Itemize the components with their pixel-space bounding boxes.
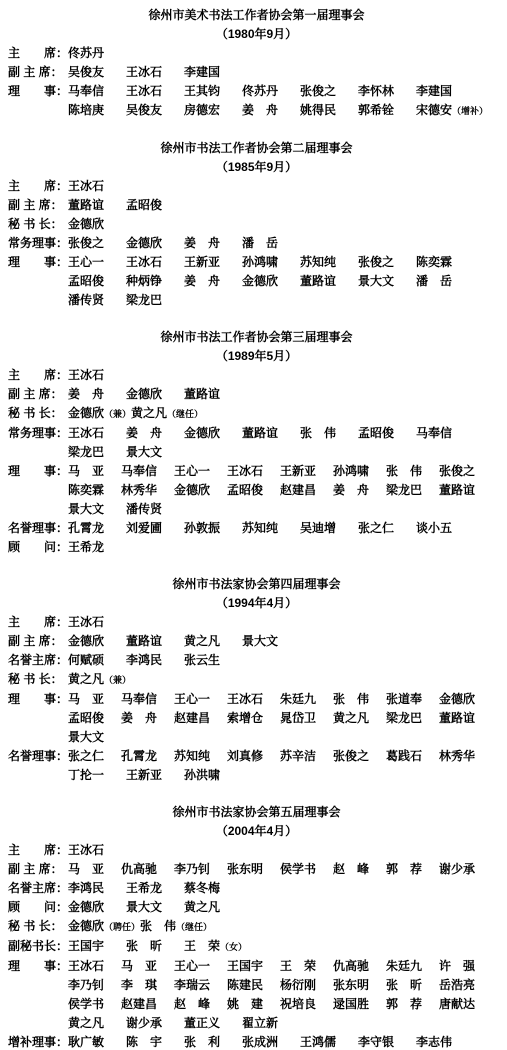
member-row: 主 席：王冰石: [8, 177, 505, 196]
member-name: 金德欣: [68, 215, 126, 234]
section-date: （1994年4月）: [8, 594, 505, 613]
council-section: 徐州市书法工作者协会第三届理事会（1989年5月）主 席：王冰石副 主 席：姜 …: [8, 328, 505, 557]
member-name: 景大文: [126, 443, 184, 462]
member-row: 陈培庚吴俊友房德宏姜 舟姚得民郭希铨宋德安（增补）: [8, 101, 505, 121]
member-name: 索增仓: [227, 709, 280, 728]
member-name: 张俊之: [358, 253, 416, 272]
name-list: 侯学书赵建昌赵 峰姚 建祝培良逯国胜郭 荐唐献达: [68, 995, 492, 1014]
section-date: （2004年4月）: [8, 822, 505, 841]
name-list: 王国宇张 昕王 荣（女）: [68, 937, 247, 957]
member-name: 佟苏丹: [68, 44, 126, 63]
name-list: 孟昭俊姜 舟赵建昌索增仓晁岱卫黄之凡梁龙巴董路谊: [68, 709, 492, 728]
member-name: 王国宇: [227, 957, 280, 976]
name-annotation: （女）: [220, 942, 247, 952]
member-row: 秘 书 长：金德欣（聘任）张 伟（继任）: [8, 917, 505, 937]
member-row: 理 事：王心一王冰石王新亚孙鸿啸苏知纯张俊之陈奕霖: [8, 253, 505, 272]
member-name: 赵 峰: [333, 860, 386, 879]
member-name: 刘真修: [227, 747, 280, 766]
member-row: 景大文: [8, 728, 505, 747]
member-name: 苏知纯: [242, 519, 300, 538]
name-list: 张俊之金德欣姜 舟潘 岳: [68, 234, 300, 253]
role-label: 名誉主席：: [8, 879, 68, 898]
name-list: 孟昭俊种炳铮姜 舟金德欣董路谊景大文潘 岳: [68, 272, 474, 291]
member-name: 孙鸿啸: [242, 253, 300, 272]
member-row: 名誉主席：李鸿民王希龙蔡冬梅: [8, 879, 505, 898]
role-label: 顾 问：: [8, 538, 68, 557]
member-name: 赵建昌: [280, 481, 333, 500]
member-name: 姜 舟: [121, 709, 174, 728]
role-label: 秘 书 长：: [8, 215, 68, 234]
member-name: 侯学书: [68, 995, 121, 1014]
member-name: 张 伟: [386, 462, 439, 481]
member-name: 孔霄龙: [68, 519, 126, 538]
name-list: 张之仁孔霄龙苏知纯刘真修苏辛洁张俊之葛践石林秀华: [68, 747, 492, 766]
member-row: 孟昭俊种炳铮姜 舟金德欣董路谊景大文潘 岳: [8, 272, 505, 291]
name-list: 王冰石姜 舟金德欣董路谊张 伟孟昭俊马奉信: [68, 424, 474, 443]
name-list: 佟苏丹: [68, 44, 126, 63]
member-name: 仇高驰: [333, 957, 386, 976]
member-row: 陈奕霖林秀华金德欣孟昭俊赵建昌姜 舟梁龙巴董路谊: [8, 481, 505, 500]
member-name: 张之仁: [68, 747, 121, 766]
member-name: 苏知纯: [300, 253, 358, 272]
name-list: 王冰石: [68, 177, 126, 196]
member-name: 金德欣: [184, 424, 242, 443]
member-row: 副 主 席：董路谊孟昭俊: [8, 196, 505, 215]
member-row: 主 席：王冰石: [8, 841, 505, 860]
member-row: 理 事：马奉信王冰石王其钧佟苏丹张俊之李怀林李建国: [8, 82, 505, 101]
member-name: 马 亚: [68, 462, 121, 481]
member-name: 吴俊友: [68, 63, 126, 82]
member-name: 谈小五: [416, 519, 474, 538]
member-name: 房德宏: [184, 101, 242, 120]
member-name: 董路谊: [439, 709, 492, 728]
member-name: 朱廷九: [386, 957, 439, 976]
member-name: 赵建昌: [174, 709, 227, 728]
role-label: 名誉理事：: [8, 747, 68, 766]
name-list: 王冰石: [68, 613, 126, 632]
member-name: 金德欣: [242, 272, 300, 291]
member-name: 孙洪啸: [184, 766, 242, 785]
role-label: 主 席：: [8, 613, 68, 632]
member-name: 黄之凡: [68, 1014, 126, 1033]
name-list: 王冰石: [68, 366, 126, 385]
member-name: 黄之凡: [184, 632, 242, 651]
member-name: 孟昭俊: [227, 481, 280, 500]
name-list: 王心一王冰石王新亚孙鸿啸苏知纯张俊之陈奕霖: [68, 253, 474, 272]
member-name: 景大文: [68, 500, 126, 519]
name-list: 王冰石马 亚王心一王国宇王 荣仇高驰朱廷九许 强: [68, 957, 492, 976]
member-row: 秘 书 长：金德欣（兼）黄之凡（继任）: [8, 404, 505, 424]
name-annotation: （继任）: [176, 922, 212, 932]
member-row: 主 席：王冰石: [8, 613, 505, 632]
role-label: 常务理事：: [8, 234, 68, 253]
name-annotation: （兼）: [104, 409, 131, 419]
name-list: 马 亚马奉信王心一王冰石朱廷九张 伟张道奉金德欣: [68, 690, 492, 709]
member-name: 丁抡一: [68, 766, 126, 785]
member-name: 祝培良: [280, 995, 333, 1014]
member-name: 郭希铨: [358, 101, 416, 120]
role-label: 理 事：: [8, 253, 68, 272]
member-name: 谢少承: [126, 1014, 184, 1033]
member-name: 朱廷九: [280, 690, 333, 709]
member-name: 姜 舟: [184, 272, 242, 291]
member-name: 姜 舟: [68, 385, 126, 404]
member-name: 王心一: [174, 957, 227, 976]
member-name: 李鸿民: [68, 879, 126, 898]
member-name: 王冰石: [68, 366, 126, 385]
member-name: 李怀林: [358, 82, 416, 101]
member-name: 董路谊: [68, 196, 126, 215]
member-name: 张 伟（继任）: [140, 917, 212, 937]
member-row: 景大文潘传贤: [8, 500, 505, 519]
role-label: 副 主 席：: [8, 632, 68, 651]
member-name: 王心一: [174, 462, 227, 481]
member-name: 王其钧: [184, 82, 242, 101]
member-name: 潘 岳: [242, 234, 300, 253]
name-list: 丁抡一王新亚孙洪啸: [68, 766, 242, 785]
member-name: 景大文: [242, 632, 300, 651]
member-name: 金德欣: [68, 632, 126, 651]
role-label: 理 事：: [8, 82, 68, 101]
name-list: 陈培庚吴俊友房德宏姜 舟姚得民郭希铨宋德安（增补）: [68, 101, 488, 121]
member-name: 王新亚: [126, 766, 184, 785]
member-name: 王新亚: [184, 253, 242, 272]
council-section: 徐州市书法工作者协会第二届理事会（1985年9月）主 席：王冰石副 主 席：董路…: [8, 139, 505, 310]
member-row: 副 主 席：马 亚仇高驰李乃钊张东明侯学书赵 峰郭 荐谢少承: [8, 860, 505, 879]
member-name: 李鸿民: [126, 651, 184, 670]
member-name: 王冰石: [68, 424, 126, 443]
member-name: 赵 峰: [174, 995, 227, 1014]
member-name: 王冰石: [227, 690, 280, 709]
member-name: 黄之凡（兼）: [68, 670, 131, 690]
member-name: 张 昕: [126, 937, 184, 956]
member-row: 侯学书赵建昌赵 峰姚 建祝培良逯国胜郭 荐唐献达: [8, 995, 505, 1014]
name-list: 王冰石: [68, 841, 126, 860]
section-title: 徐州市美术书法工作者协会第一届理事会: [8, 6, 505, 25]
member-name: 孟昭俊: [68, 272, 126, 291]
member-row: 秘 书 长：黄之凡（兼）: [8, 670, 505, 690]
member-name: 景大文: [358, 272, 416, 291]
name-list: 景大文潘传贤: [68, 500, 184, 519]
name-list: 陈奕霖林秀华金德欣孟昭俊赵建昌姜 舟梁龙巴董路谊: [68, 481, 492, 500]
member-name: 李志伟: [416, 1033, 474, 1050]
role-label: 秘 书 长：: [8, 404, 68, 423]
name-list: 金德欣景大文黄之凡: [68, 898, 242, 917]
member-row: 名誉理事：孔霄龙刘爱圃孙敦振苏知纯吴迪增张之仁谈小五: [8, 519, 505, 538]
member-name: 王冰石: [126, 63, 184, 82]
member-name: 陈建民: [227, 976, 280, 995]
member-name: 王冰石: [126, 82, 184, 101]
role-label: 名誉理事：: [8, 519, 68, 538]
member-name: 仇高驰: [121, 860, 174, 879]
member-row: 名誉主席：何赋硕李鸿民张云生: [8, 651, 505, 670]
member-name: 董路谊: [184, 385, 242, 404]
member-name: 马 亚: [68, 860, 121, 879]
member-name: 马 亚: [68, 690, 121, 709]
member-name: 姚得民: [300, 101, 358, 120]
name-list: 金德欣董路谊黄之凡景大文: [68, 632, 300, 651]
member-row: 理 事：马 亚马奉信王心一王冰石朱廷九张 伟张道奉金德欣: [8, 690, 505, 709]
role-label: 理 事：: [8, 462, 68, 481]
member-name: 林秀华: [121, 481, 174, 500]
role-label: 副 主 席：: [8, 63, 68, 82]
member-name: 董路谊: [242, 424, 300, 443]
role-label: 顾 问：: [8, 898, 68, 917]
member-name: 金德欣: [439, 690, 492, 709]
member-name: 陈奕霖: [416, 253, 474, 272]
member-name: 耿广敏: [68, 1033, 126, 1050]
member-name: 王新亚: [280, 462, 333, 481]
role-label: 主 席：: [8, 841, 68, 860]
member-name: 李乃钊: [174, 860, 227, 879]
member-name: 梁龙巴: [386, 481, 439, 500]
name-list: 姜 舟金德欣董路谊: [68, 385, 242, 404]
member-name: 王鸿儒: [300, 1033, 358, 1050]
name-list: 李乃钊李 琪李瑞云陈建民杨衍刚张东明张 昕岳浩亮: [68, 976, 492, 995]
member-row: 名誉理事：张之仁孔霄龙苏知纯刘真修苏辛洁张俊之葛践石林秀华: [8, 747, 505, 766]
member-name: 种炳铮: [126, 272, 184, 291]
member-name: 金德欣: [126, 234, 184, 253]
member-name: 张东明: [227, 860, 280, 879]
section-title: 徐州市书法家协会第四届理事会: [8, 575, 505, 594]
member-name: 马 亚: [121, 957, 174, 976]
member-row: 顾 问：王希龙: [8, 538, 505, 557]
member-name: 董路谊: [126, 632, 184, 651]
member-name: 黄之凡（继任）: [131, 404, 203, 424]
member-name: 金德欣: [126, 385, 184, 404]
member-row: 丁抡一王新亚孙洪啸: [8, 766, 505, 785]
role-label: 秘 书 长：: [8, 670, 68, 689]
section-title: 徐州市书法工作者协会第三届理事会: [8, 328, 505, 347]
section-title: 徐州市书法家协会第五届理事会: [8, 803, 505, 822]
document: 徐州市美术书法工作者协会第一届理事会（1980年9月）主 席：佟苏丹副 主 席：…: [0, 0, 507, 1050]
member-name: 孟昭俊: [68, 709, 121, 728]
name-list: 金德欣（兼）黄之凡（继任）: [68, 404, 203, 424]
member-name: 姜 舟: [126, 424, 184, 443]
member-name: 梁龙巴: [126, 291, 184, 310]
council-section: 徐州市书法家协会第四届理事会（1994年4月）主 席：王冰石副 主 席：金德欣董…: [8, 575, 505, 785]
name-list: 黄之凡（兼）: [68, 670, 131, 690]
role-label: 主 席：: [8, 366, 68, 385]
member-name: 葛践石: [386, 747, 439, 766]
role-label: 主 席：: [8, 177, 68, 196]
member-row: 顾 问：金德欣景大文黄之凡: [8, 898, 505, 917]
member-name: 王心一: [68, 253, 126, 272]
name-list: 金德欣: [68, 215, 126, 234]
member-name: 王 荣: [280, 957, 333, 976]
section-title: 徐州市书法工作者协会第二届理事会: [8, 139, 505, 158]
name-list: 金德欣（聘任）张 伟（继任）: [68, 917, 212, 937]
member-name: 陈培庚: [68, 101, 126, 120]
member-name: 张道奉: [386, 690, 439, 709]
member-name: 李建国: [184, 63, 242, 82]
member-name: 金德欣（兼）: [68, 404, 131, 424]
section-date: （1985年9月）: [8, 158, 505, 177]
member-name: 何赋硕: [68, 651, 126, 670]
name-list: 何赋硕李鸿民张云生: [68, 651, 242, 670]
member-name: 黄之凡: [333, 709, 386, 728]
member-name: 苏知纯: [174, 747, 227, 766]
member-name: 王冰石: [68, 841, 126, 860]
name-list: 马 亚马奉信王心一王冰石王新亚孙鸿啸张 伟张俊之: [68, 462, 492, 481]
member-name: 许 强: [439, 957, 492, 976]
name-list: 孔霄龙刘爱圃孙敦振苏知纯吴迪增张之仁谈小五: [68, 519, 474, 538]
member-name: 张 伟: [333, 690, 386, 709]
member-row: 增补理事：耿广敏陈 宇张 利张成洲王鸿儒李守银李志伟: [8, 1033, 505, 1050]
member-row: 主 席：王冰石: [8, 366, 505, 385]
role-label: 名誉主席：: [8, 651, 68, 670]
role-label: 副 主 席：: [8, 860, 68, 879]
member-name: 宋德安（增补）: [416, 101, 488, 121]
member-row: 黄之凡谢少承董正义翟立新: [8, 1014, 505, 1033]
member-name: 王冰石: [227, 462, 280, 481]
member-name: 翟立新: [242, 1014, 300, 1033]
member-name: 林秀华: [439, 747, 492, 766]
member-name: 刘爱圃: [126, 519, 184, 538]
name-list: 梁龙巴景大文: [68, 443, 184, 462]
member-name: 张俊之: [300, 82, 358, 101]
member-name: 郭 荐: [386, 860, 439, 879]
member-name: 马奉信: [416, 424, 474, 443]
member-name: 张 利: [184, 1033, 242, 1050]
role-label: 增补理事：: [8, 1033, 68, 1050]
member-name: 李乃钊: [68, 976, 121, 995]
member-name: 孙敦振: [184, 519, 242, 538]
name-list: 马奉信王冰石王其钧佟苏丹张俊之李怀林李建国: [68, 82, 474, 101]
role-label: 副秘书长：: [8, 937, 68, 956]
member-name: 李守银: [358, 1033, 416, 1050]
name-annotation: （兼）: [104, 675, 131, 685]
name-list: 吴俊友王冰石李建国: [68, 63, 242, 82]
council-section: 徐州市书法家协会第五届理事会（2004年4月）主 席：王冰石副 主 席：马 亚仇…: [8, 803, 505, 1050]
member-name: 逯国胜: [333, 995, 386, 1014]
name-list: 马 亚仇高驰李乃钊张东明侯学书赵 峰郭 荐谢少承: [68, 860, 492, 879]
member-name: 梁龙巴: [386, 709, 439, 728]
member-name: 马奉信: [68, 82, 126, 101]
member-name: 姜 舟: [333, 481, 386, 500]
member-name: 李建国: [416, 82, 474, 101]
member-row: 梁龙巴景大文: [8, 443, 505, 462]
member-name: 潘 岳: [416, 272, 474, 291]
section-date: （1980年9月）: [8, 25, 505, 44]
member-name: 潘传贤: [126, 500, 184, 519]
role-label: 理 事：: [8, 690, 68, 709]
member-name: 侯学书: [280, 860, 333, 879]
name-list: 黄之凡谢少承董正义翟立新: [68, 1014, 300, 1033]
member-name: 王希龙: [68, 538, 126, 557]
member-name: 李 琪: [121, 976, 174, 995]
member-name: 苏辛洁: [280, 747, 333, 766]
role-label: 副 主 席：: [8, 385, 68, 404]
member-name: 金德欣: [174, 481, 227, 500]
member-name: 陈 宇: [126, 1033, 184, 1050]
member-name: 张俊之: [333, 747, 386, 766]
member-name: 金德欣（聘任）: [68, 917, 140, 937]
member-name: 王心一: [174, 690, 227, 709]
member-name: 岳浩亮: [439, 976, 492, 995]
name-list: 景大文: [68, 728, 126, 747]
member-row: 常务理事：张俊之金德欣姜 舟潘 岳: [8, 234, 505, 253]
member-name: 孔霄龙: [121, 747, 174, 766]
member-name: 王 荣（女）: [184, 937, 247, 957]
member-name: 谢少承: [439, 860, 492, 879]
member-row: 李乃钊李 琪李瑞云陈建民杨衍刚张东明张 昕岳浩亮: [8, 976, 505, 995]
member-name: 孟昭俊: [358, 424, 416, 443]
name-annotation: （增补）: [452, 106, 488, 116]
role-label: 秘 书 长：: [8, 917, 68, 936]
name-list: 董路谊孟昭俊: [68, 196, 184, 215]
member-name: 张云生: [184, 651, 242, 670]
name-annotation: （继任）: [167, 409, 203, 419]
name-list: 潘传贤梁龙巴: [68, 291, 184, 310]
member-name: 张俊之: [68, 234, 126, 253]
member-name: 姜 舟: [242, 101, 300, 120]
member-name: 董路谊: [300, 272, 358, 291]
member-name: 李瑞云: [174, 976, 227, 995]
member-name: 王冰石: [68, 177, 126, 196]
member-name: 佟苏丹: [242, 82, 300, 101]
member-row: 理 事：王冰石马 亚王心一王国宇王 荣仇高驰朱廷九许 强: [8, 957, 505, 976]
member-name: 吴俊友: [126, 101, 184, 120]
council-section: 徐州市美术书法工作者协会第一届理事会（1980年9月）主 席：佟苏丹副 主 席：…: [8, 6, 505, 121]
member-name: 金德欣: [68, 898, 126, 917]
member-name: 黄之凡: [184, 898, 242, 917]
role-label: 主 席：: [8, 44, 68, 63]
member-name: 马奉信: [121, 690, 174, 709]
member-name: 王国宇: [68, 937, 126, 956]
member-name: 王冰石: [68, 957, 121, 976]
member-name: 董正义: [184, 1014, 242, 1033]
member-name: 蔡冬梅: [184, 879, 242, 898]
member-name: 张之仁: [358, 519, 416, 538]
member-row: 副 主 席：吴俊友王冰石李建国: [8, 63, 505, 82]
member-name: 晁岱卫: [280, 709, 333, 728]
member-name: 王希龙: [126, 879, 184, 898]
member-name: 潘传贤: [68, 291, 126, 310]
member-name: 陈奕霖: [68, 481, 121, 500]
member-name: 杨衍刚: [280, 976, 333, 995]
member-name: 张 伟: [300, 424, 358, 443]
member-name: 张 昕: [386, 976, 439, 995]
member-name: 吴迪增: [300, 519, 358, 538]
member-name: 张东明: [333, 976, 386, 995]
member-name: 王冰石: [68, 613, 126, 632]
member-row: 孟昭俊姜 舟赵建昌索增仓晁岱卫黄之凡梁龙巴董路谊: [8, 709, 505, 728]
member-name: 景大文: [126, 898, 184, 917]
name-list: 耿广敏陈 宇张 利张成洲王鸿儒李守银李志伟: [68, 1033, 474, 1050]
member-name: 张成洲: [242, 1033, 300, 1050]
member-row: 理 事：马 亚马奉信王心一王冰石王新亚孙鸿啸张 伟张俊之: [8, 462, 505, 481]
member-row: 常务理事：王冰石姜 舟金德欣董路谊张 伟孟昭俊马奉信: [8, 424, 505, 443]
member-name: 孟昭俊: [126, 196, 184, 215]
member-name: 姜 舟: [184, 234, 242, 253]
member-name: 张俊之: [439, 462, 492, 481]
name-list: 王希龙: [68, 538, 126, 557]
section-date: （1989年5月）: [8, 347, 505, 366]
member-name: 景大文: [68, 728, 126, 747]
member-name: 姚 建: [227, 995, 280, 1014]
member-name: 赵建昌: [121, 995, 174, 1014]
name-list: 李鸿民王希龙蔡冬梅: [68, 879, 242, 898]
member-row: 秘 书 长：金德欣: [8, 215, 505, 234]
member-name: 唐献达: [439, 995, 492, 1014]
member-name: 王冰石: [126, 253, 184, 272]
member-name: 梁龙巴: [68, 443, 126, 462]
member-name: 郭 荐: [386, 995, 439, 1014]
role-label: 理 事：: [8, 957, 68, 976]
role-label: 常务理事：: [8, 424, 68, 443]
member-name: 马奉信: [121, 462, 174, 481]
